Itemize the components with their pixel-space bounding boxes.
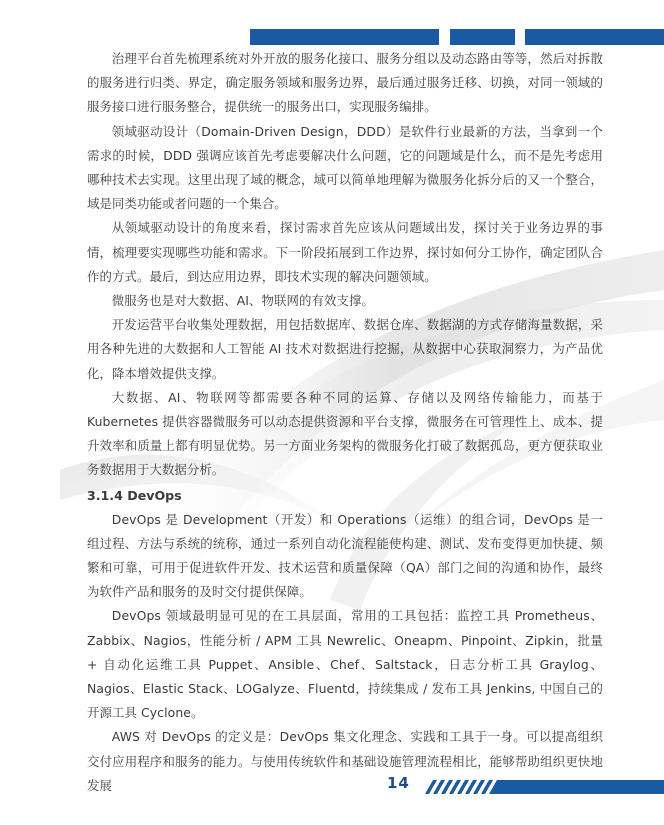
paragraph: 治理平台首先梳理系统对外开放的服务化接口、服务分组以及动态路由等等，然后对拆散的… xyxy=(87,47,603,120)
paragraph: 领域驱动设计（Domain-Driven Design，DDD）是软件行业最新的… xyxy=(87,120,603,217)
paragraph: 微服务也是对大数据、AI、物联网的有效支撑。 xyxy=(87,289,603,313)
header-bar-segment-2 xyxy=(450,29,515,45)
paragraph: 开发运营平台收集处理数据，用包括数据库、数据仓库、数据湖的方式存储海量数据，采用… xyxy=(87,313,603,386)
page-number: 14 xyxy=(387,774,410,792)
paragraph: 从领域驱动设计的角度来看，探讨需求首先应该从问题域出发，探讨关于业务边界的事情，… xyxy=(87,216,603,289)
page-body: 治理平台首先梳理系统对外开放的服务化接口、服务分组以及动态路由等等，然后对拆散的… xyxy=(87,47,603,798)
section-heading: 3.1.4 DevOps xyxy=(87,484,603,508)
paragraph: DevOps 是 Development（开发）和 Operations（运维）… xyxy=(87,508,603,605)
header-bar-segment-1 xyxy=(250,29,439,45)
paragraph: 大数据、AI、物联网等都需要各种不同的运算、存储以及网络传输能力，而基于 Kub… xyxy=(87,386,603,483)
paragraph: DevOps 领域最明显可见的在工具层面，常用的工具包括：监控工具 Promet… xyxy=(87,604,603,725)
header-bar-segment-3 xyxy=(525,29,664,45)
footer-striped-bar xyxy=(425,780,664,794)
